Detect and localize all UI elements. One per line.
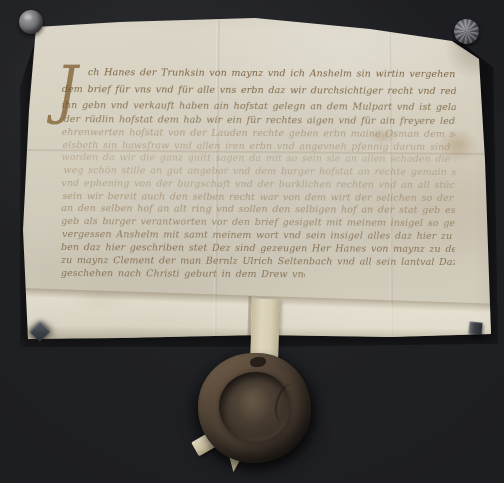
pushpin-top-right-icon [454, 19, 479, 44]
pushpin-top-left-icon [19, 10, 43, 34]
charter-text-line: ch Hanes der Trunksin von maynz vnd ich … [62, 67, 456, 82]
charter-text-block: ch Hanes der Trunksin von maynz vnd ich … [61, 60, 456, 282]
pushpin-bottom-right-icon [468, 321, 482, 334]
charter-photograph: J ch Hanes der Trunksin von maynz vnd ic… [0, 0, 504, 483]
wax-seal-relief [239, 388, 271, 424]
charter-text-line: geschehen nach Christi geburt in dem Dre… [61, 268, 305, 282]
wax-seal-notch [249, 356, 266, 368]
wax-seal [198, 353, 311, 463]
charter-text-line: ihn gebn vnd verkauft haben ain hofstat … [62, 100, 456, 115]
charter-text-line: dem brief für vns vnd für alle vns erbn … [62, 84, 456, 99]
